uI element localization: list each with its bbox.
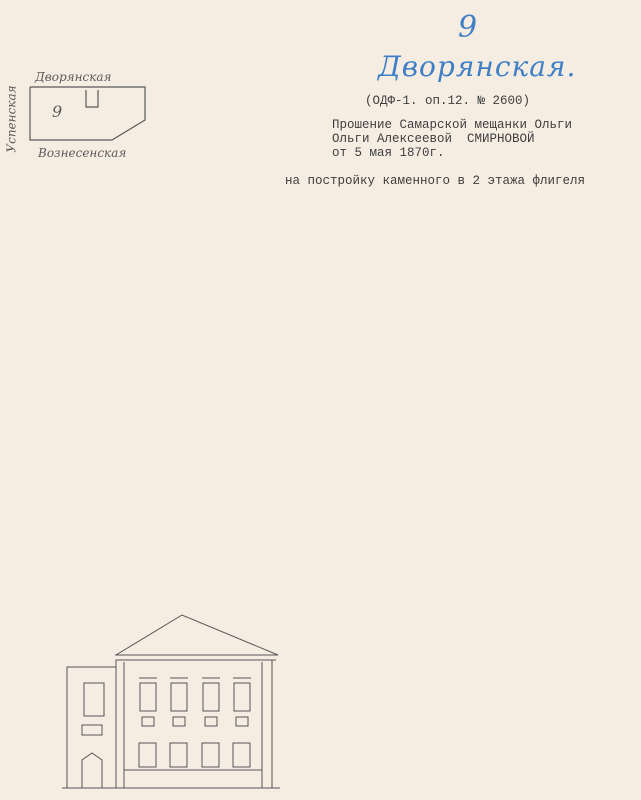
plan-lot-number: 9	[52, 102, 62, 121]
petition-subject: на постройку каменного в 2 этажа флигеля	[285, 174, 585, 188]
building-facade-sketch	[60, 610, 290, 800]
archive-reference: (ОДФ-1. оп.12. № 2600)	[365, 94, 530, 108]
street-name-handwritten: Дворянская.	[378, 50, 576, 83]
lot-number-handwritten: 9	[458, 10, 477, 45]
petition-line-2: Ольги Алексеевой СМИРНОВОЙ	[332, 132, 535, 146]
petition-line-3: от 5 мая 1870г.	[332, 146, 445, 160]
lot-plan-sketch	[0, 0, 170, 180]
petition-line-1: Прошение Самарской мещанки Ольги	[332, 118, 572, 132]
